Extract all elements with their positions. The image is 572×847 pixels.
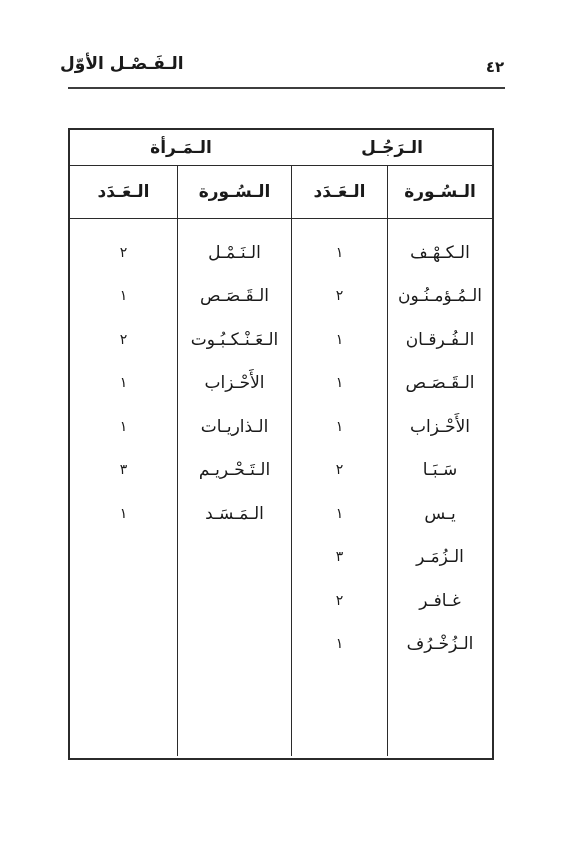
count-cell: ١ <box>292 231 387 275</box>
count-cell: ٢ <box>70 318 177 362</box>
col-header-count-woman: الـعَـدَد <box>70 166 178 218</box>
surah-cell: الـكـهْـف <box>388 231 492 275</box>
count-cell: ٢ <box>292 275 387 319</box>
count-cell: ١ <box>292 492 387 536</box>
table-body: ٢ ١ ٢ ١ ١ ٣ ١ الـنَـمْـل الـقَـصَـص الـع… <box>70 219 492 756</box>
man-section-title: الـرَجُـل <box>292 130 492 165</box>
surah-cell: الـذاريـات <box>178 405 291 449</box>
surah-cell: الـقَـصَـص <box>388 362 492 406</box>
header-rule <box>68 87 505 89</box>
surah-cell: الـعَـنْـكـبُـوت <box>178 318 291 362</box>
count-cell: ١ <box>292 362 387 406</box>
count-cell: ٣ <box>292 536 387 580</box>
surah-cell: الأَحْـزاب <box>178 362 291 406</box>
count-cell: ١ <box>70 405 177 449</box>
surah-cell: الـتَـحْـريـم <box>178 449 291 493</box>
surah-cell: يـس <box>388 492 492 536</box>
man-count-column: ١ ٢ ١ ١ ١ ٢ ١ ٣ ٢ ١ <box>292 219 388 756</box>
count-cell: ٢ <box>292 579 387 623</box>
book-page: الـفَـصْـل الأوّل ٤٢ الـمَـرأة الـرَجُـل… <box>0 0 572 847</box>
surah-cell: الـمُـؤمـنُـون <box>388 275 492 319</box>
count-cell: ١ <box>70 275 177 319</box>
count-cell: ٣ <box>70 449 177 493</box>
table-group-header-row: الـمَـرأة الـرَجُـل <box>70 130 492 166</box>
table-column-header-row: الـعَـدَد الـسُـورة الـعَـدَد الـسُـورة <box>70 166 492 219</box>
count-cell: ١ <box>292 623 387 667</box>
man-surah-column: الـكـهْـف الـمُـؤمـنُـون الـفُـرقـان الـ… <box>388 219 492 756</box>
surah-cell: الـزُخْـرُف <box>388 623 492 667</box>
woman-count-column: ٢ ١ ٢ ١ ١ ٣ ١ <box>70 219 178 756</box>
count-cell: ١ <box>292 318 387 362</box>
count-cell: ١ <box>292 405 387 449</box>
col-header-count-man: الـعَـدَد <box>292 166 388 218</box>
count-cell: ١ <box>70 492 177 536</box>
surah-cell: الأَحْـزاب <box>388 405 492 449</box>
page-number: ٤٢ <box>480 58 510 76</box>
woman-section-title: الـمَـرأة <box>70 130 292 165</box>
surah-count-table: الـمَـرأة الـرَجُـل الـعَـدَد الـسُـورة … <box>68 128 494 760</box>
surah-cell: الـمَـسَـد <box>178 492 291 536</box>
col-header-surah-man: الـسُـورة <box>388 166 492 218</box>
chapter-title: الـفَـصْـل الأوّل <box>60 54 184 74</box>
surah-cell: الـنَـمْـل <box>178 231 291 275</box>
count-cell: ٢ <box>70 231 177 275</box>
surah-cell: غـافـر <box>388 579 492 623</box>
surah-cell: الـقَـصَـص <box>178 275 291 319</box>
surah-cell: الـزُمَـر <box>388 536 492 580</box>
count-cell: ١ <box>70 362 177 406</box>
count-cell: ٢ <box>292 449 387 493</box>
surah-cell: سَـبَـا <box>388 449 492 493</box>
surah-cell: الـفُـرقـان <box>388 318 492 362</box>
col-header-surah-woman: الـسُـورة <box>178 166 292 218</box>
woman-surah-column: الـنَـمْـل الـقَـصَـص الـعَـنْـكـبُـوت ا… <box>178 219 292 756</box>
